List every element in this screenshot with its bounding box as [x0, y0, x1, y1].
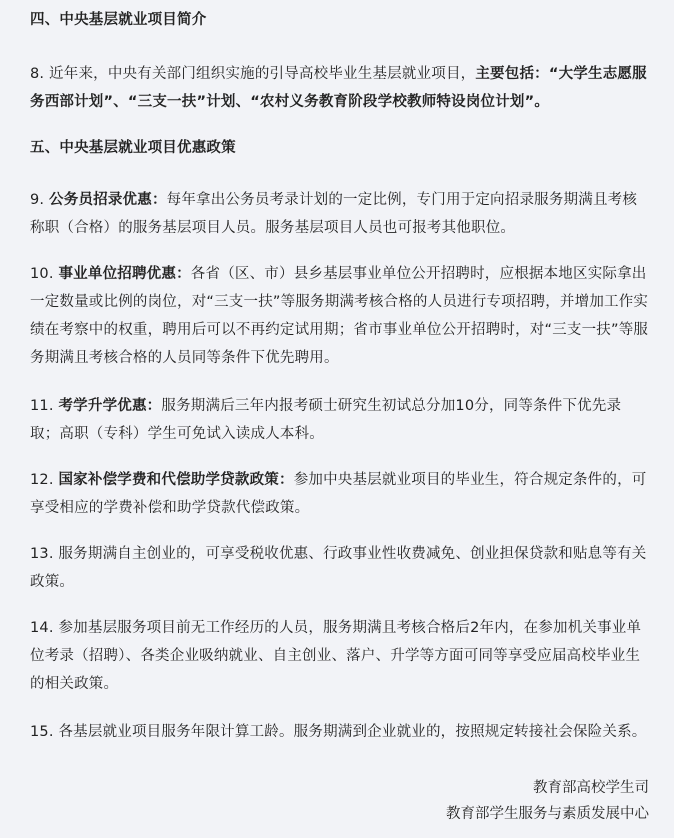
paragraph-item-9: 9. 公务员招录优惠：每年拿出公务员考录计划的一定比例，专门用于定向招录服务期满…	[30, 186, 650, 242]
paragraph-item-10: 10. 事业单位招聘优惠：各省（区、市）县乡基层事业单位公开招聘时，应根据本地区…	[30, 260, 650, 372]
item-bold-title: 国家补偿学费和代偿助学贷款政策：	[58, 472, 293, 488]
section-heading-4: 四、中央基层就业项目简介	[30, 6, 650, 34]
item-text: 近年来，中央有关部门组织实施的引导高校毕业生基层就业项目，	[49, 66, 475, 82]
paragraph-item-15: 15. 各基层就业项目服务年限计算工龄。服务期满到企业就业的，按照规定转接社会保…	[30, 718, 650, 746]
item-bold-title: 考学升学优惠：	[58, 398, 161, 414]
item-bold-title: 公务员招录优惠：	[49, 192, 167, 208]
item-number: 10.	[30, 266, 58, 282]
article-body: 四、中央基层就业项目简介 8. 近年来，中央有关部门组织实施的引导高校毕业生基层…	[0, 0, 674, 838]
paragraph-item-14: 14. 参加基层服务项目前无工作经历的人员，服务期满且考核合格后2年内，在参加机…	[30, 614, 650, 698]
item-text: 服务期满自主创业的，可享受税收优惠、行政事业性收费减免、创业担保贷款和贴息等有关…	[30, 546, 646, 590]
item-number: 12.	[30, 472, 58, 488]
item-number: 9.	[30, 192, 49, 208]
item-text: 各基层就业项目服务年限计算工龄。服务期满到企业就业的，按照规定转接社会保险关系。	[58, 724, 646, 740]
signature-line-2: 教育部学生服务与素质发展中心	[446, 800, 649, 828]
item-text: 参加基层服务项目前无工作经历的人员，服务期满且考核合格后2年内，在参加机关事业单…	[30, 620, 641, 692]
item-bold-title: 事业单位招聘优惠：	[58, 266, 190, 282]
paragraph-item-11: 11. 考学升学优惠：服务期满后三年内报考硕士研究生初试总分加10分，同等条件下…	[30, 392, 650, 448]
item-number: 8.	[30, 66, 49, 82]
paragraph-item-12: 12. 国家补偿学费和代偿助学贷款政策：参加中央基层就业项目的毕业生，符合规定条…	[30, 466, 650, 522]
signature-line-1: 教育部高校学生司	[533, 774, 649, 802]
section-heading-5: 五、中央基层就业项目优惠政策	[30, 134, 650, 162]
item-number: 14.	[30, 620, 58, 636]
paragraph-item-8: 8. 近年来，中央有关部门组织实施的引导高校毕业生基层就业项目，主要包括：“大学…	[30, 60, 650, 116]
item-number: 13.	[30, 546, 58, 562]
item-number: 15.	[30, 724, 58, 740]
paragraph-item-13: 13. 服务期满自主创业的，可享受税收优惠、行政事业性收费减免、创业担保贷款和贴…	[30, 540, 650, 596]
item-number: 11.	[30, 398, 58, 414]
